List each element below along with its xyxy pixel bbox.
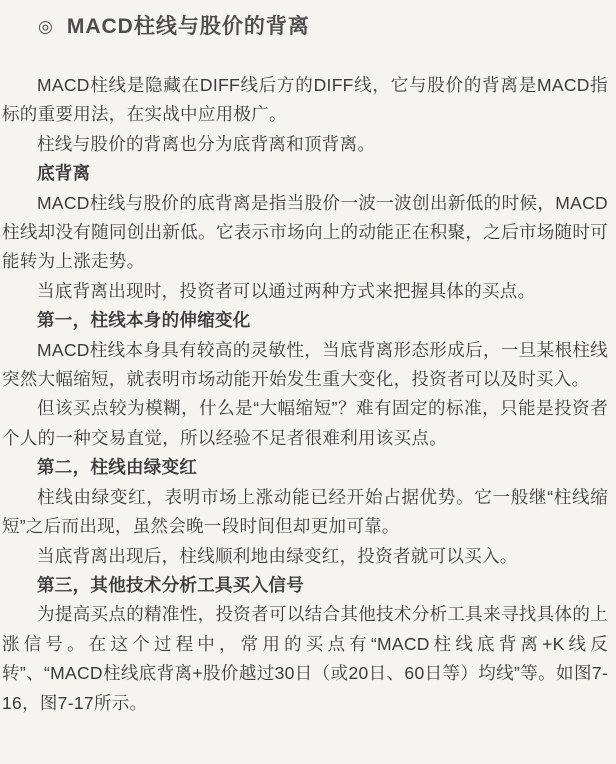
- sub-heading: 第二，柱线由绿变红: [2, 453, 608, 482]
- body-paragraph: MACD柱线是隐藏在DIFF线后方的DIFF线，它与股价的背离是MACD指标的重…: [2, 71, 608, 130]
- sub-heading: 第一，柱线本身的伸缩变化: [2, 306, 608, 335]
- body-paragraph: 为提高买点的精准性，投资者可以结合其他技术分析工具来寻找具体的上涨信号。在这个过…: [2, 600, 608, 718]
- body-paragraph: 当底背离出现后，柱线顺利地由绿变红，投资者就可以买入。: [2, 542, 608, 571]
- body-paragraph: MACD柱线本身具有较高的灵敏性，当底背离形态形成后，一旦某根柱线突然大幅缩短，…: [2, 336, 608, 395]
- body-paragraph: 柱线与股价的背离也分为底背离和顶背离。: [2, 130, 608, 159]
- document-page: ◎ MACD柱线与股价的背离 MACD柱线是隐藏在DIFF线后方的DIFF线，它…: [0, 0, 616, 764]
- section-title: ◎ MACD柱线与股价的背离: [38, 10, 608, 40]
- body-paragraph: 当底背离出现时，投资者可以通过两种方式来把握具体的买点。: [2, 277, 608, 306]
- sub-heading: 第三，其他技术分析工具买入信号: [2, 571, 608, 600]
- document-body: MACD柱线是隐藏在DIFF线后方的DIFF线，它与股价的背离是MACD指标的重…: [2, 71, 608, 718]
- section-title-text: MACD柱线与股价的背离: [67, 10, 310, 40]
- body-paragraph: MACD柱线与股价的底背离是指当股价一波一波创出新低的时候，MACD柱线却没有随…: [2, 189, 608, 277]
- double-circle-bullet-icon: ◎: [38, 18, 54, 35]
- sub-heading: 底背离: [2, 159, 608, 188]
- body-paragraph: 柱线由绿变红，表明市场上涨动能已经开始占据优势。它一般继“柱线缩短”之后而出现，…: [2, 483, 608, 542]
- body-paragraph: 但该买点较为模糊，什么是“大幅缩短”？难有固定的标准，只能是投资者个人的一种交易…: [2, 394, 608, 453]
